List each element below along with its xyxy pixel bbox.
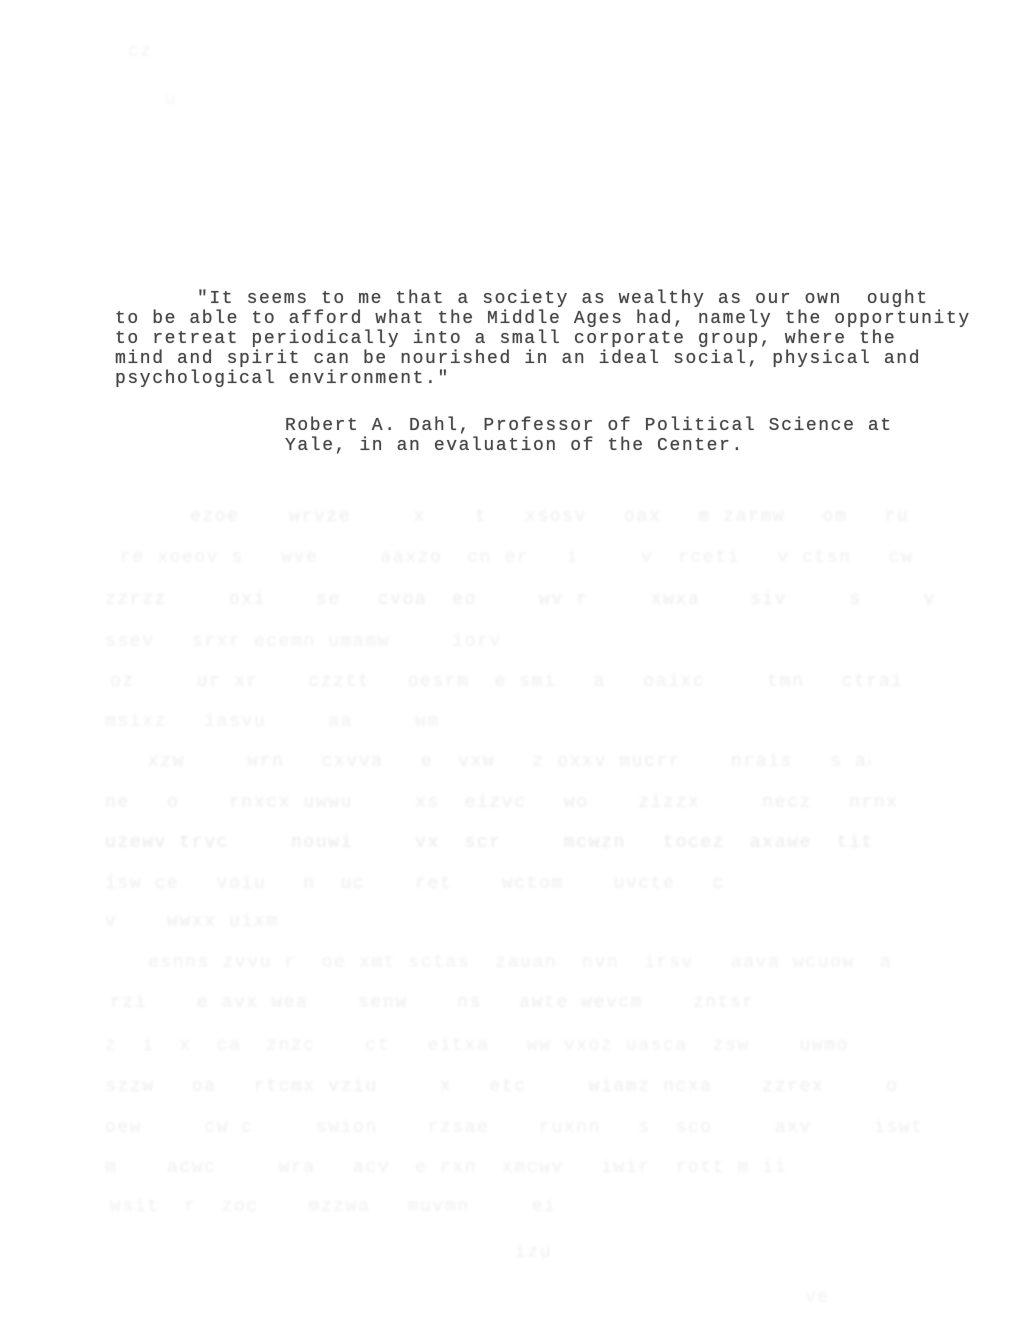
quotation-line: "It seems to me that a society as wealth… [115, 289, 995, 309]
ghost-line: xzw wrn cxvva e vxw z oxxv mucrr nrais s… [148, 752, 870, 772]
quote-attribution: Robert A. Dahl, Professor of Political S… [285, 416, 893, 456]
ghost-line: wsit r zoc mzzwa muvmn ei zvzm [110, 1197, 590, 1217]
ghost-line: uzewv trvc nouwi vx scr mcwzn tocez axaw… [105, 833, 870, 853]
attribution-line: Yale, in an evaluation of the Center. [285, 436, 893, 456]
ghost-line: v wwxx uixm w [105, 912, 285, 932]
ghost-line: ezoe wrvze x t xsosv oax m zarmw om ru i… [190, 507, 950, 527]
ghost-line: szzw oa rtcmx vziu x etc wiamz ncxa zzre… [105, 1077, 950, 1097]
quotation-line: to retreat periodically into a small cor… [115, 329, 995, 349]
ghost-line: ssev srxr ecemn umamw iorv v [105, 632, 560, 652]
scanned-document-page: "It seems to me that a society as wealth… [0, 0, 1024, 1324]
ghost-line: re xoeov s wve aaxzo cn er i v rceti v c… [120, 548, 935, 568]
ghost-line: ve e [805, 1288, 850, 1308]
ghost-line: isw ce voiu n uc ret wctom uvcte c txarr [105, 874, 770, 894]
attribution-line: Robert A. Dahl, Professor of Political S… [285, 416, 893, 436]
quotation-line: psychological environment." [115, 369, 995, 389]
quotation-line: mind and spirit can be nourished in an i… [115, 349, 995, 369]
ghost-line: izuu ra [515, 1243, 550, 1263]
ghost-line: cz tnio [128, 42, 176, 62]
ghost-line: ne o rnxcx uwwu xs eizvc wo zizzx necz n… [105, 793, 950, 813]
quotation-line: to be able to afford what the Middle Age… [115, 309, 995, 329]
ghost-line: z i x ca znzc ct eitxa ww vxoz uasca zsw… [105, 1036, 880, 1056]
ghost-line: m acwc wra acv e rxn xmcwv iwir rott m i… [105, 1158, 800, 1178]
ghost-line: esnns zvvu r oe xmt sctas zauan nvn irsv… [148, 953, 948, 973]
ghost-line: oew cw c swion rzsae ruxnn s sco axv isw… [105, 1118, 940, 1138]
quotation-paragraph: "It seems to me that a society as wealth… [115, 289, 995, 389]
ghost-line: u eom [165, 90, 195, 110]
ghost-line: zzrzz oxi se cvoa eo wv r xwxa siv s v u… [105, 590, 950, 610]
ghost-line: rzi e avx wea senw ns awte wevcm zntsr w… [110, 993, 770, 1013]
ghost-line: msixz iasvu aa wmms owziw [105, 712, 440, 732]
ghost-line: oz ur xr czztt oesrm e smi a oaixc tmn c… [110, 672, 950, 692]
